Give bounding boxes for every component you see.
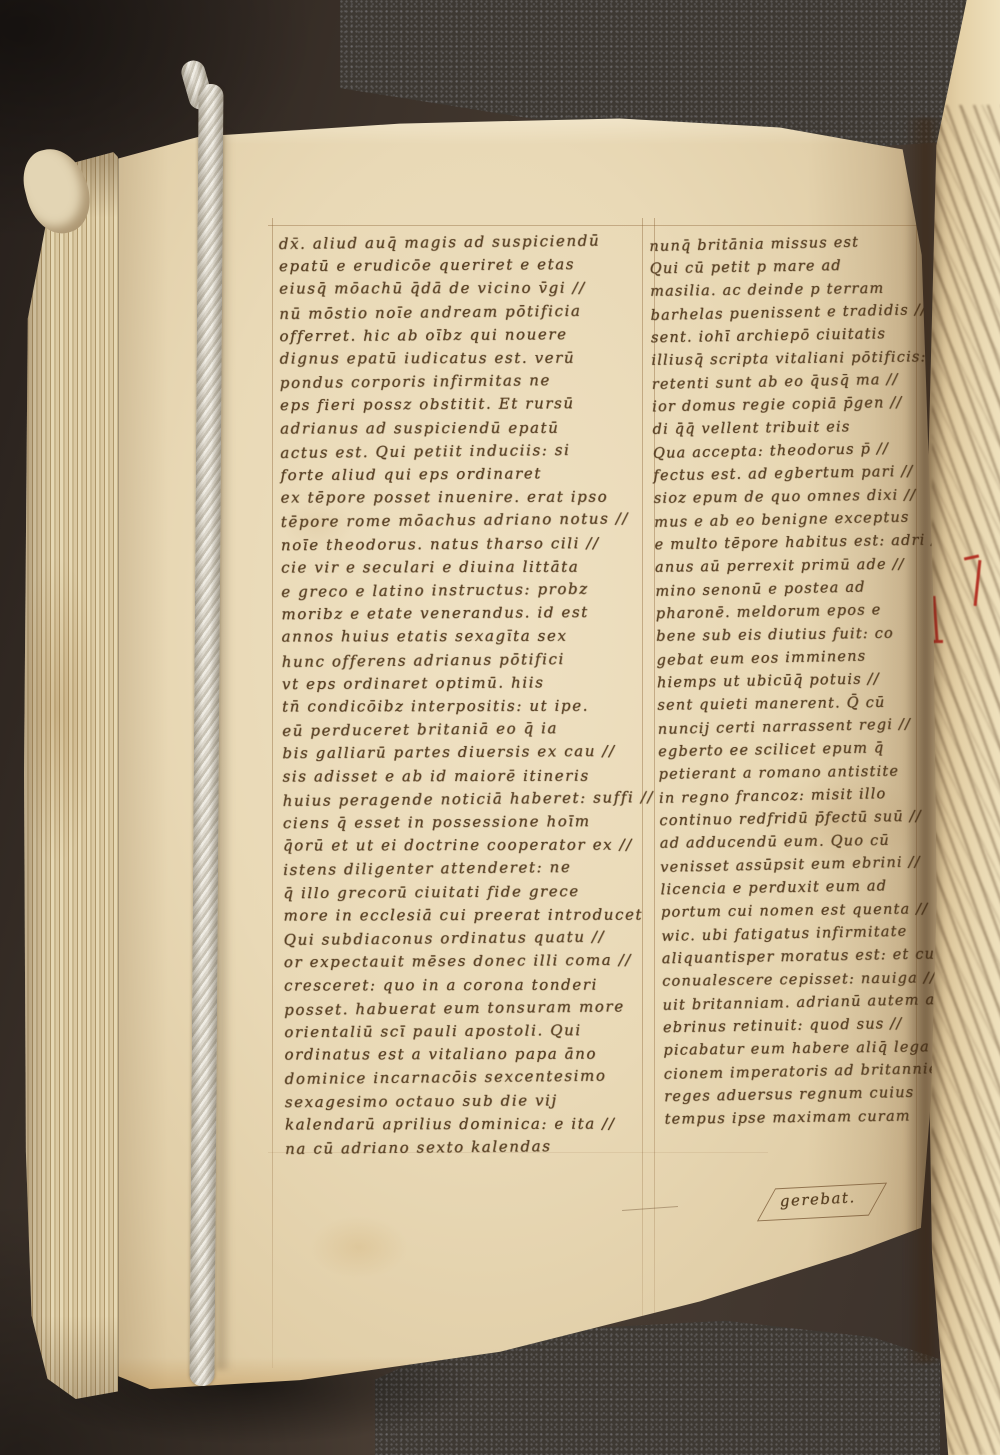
text-line: offerret. hic ab oībz qui nouere: [279, 323, 645, 349]
ruling-line-horizontal: [268, 225, 922, 226]
text-line: nū mōstio noīe andream pōtificia: [279, 299, 645, 326]
text-line: forte aliud qui eps ordinaret: [280, 462, 646, 488]
manuscript-page: dx̄. aliud auq̄ magis ad suspiciendūepat…: [110, 112, 940, 1402]
text-line: eū perduceret britaniā eo q̄ ia: [282, 716, 648, 743]
text-line: moribz e etate venerandus. id est: [281, 601, 647, 627]
ruling-line-vertical: [272, 218, 273, 1368]
text-line: bis galliarū partes diuersis ex cau //: [282, 740, 648, 766]
text-line: cresceret: quo in a corona tonderi: [284, 973, 650, 997]
text-line: adrianus ad suspiciendū epatū: [280, 416, 646, 440]
text-line: or expectauit mēses donec illi coma //: [284, 949, 650, 975]
text-line: pondus corporis infirmitas ne: [280, 368, 646, 395]
manuscript-photo: dx̄. aliud auq̄ magis ad suspiciendūepat…: [0, 0, 1000, 1455]
text-column-right: nunq̄ britānia missus estQui cū petit p …: [649, 231, 937, 1133]
text-line: sexagesimo octauo sub die vij: [285, 1088, 651, 1114]
text-line: actus est. Qui petiit induciis: si: [280, 438, 646, 465]
text-line: cie vir e seculari e diuina littāta: [281, 555, 647, 579]
text-line: epatū e erudicōe queriret e etas: [279, 253, 645, 279]
text-line: q̄orū et ut ei doctrine cooperator ex //: [283, 834, 649, 858]
catchword-box: gerebat.: [765, 1183, 879, 1221]
text-line: dominice incarnacōis sexcentesimo: [285, 1064, 651, 1091]
text-line: sis adisset e ab id maiorē itineris: [283, 764, 649, 788]
text-line: orientaliū scī pauli apostoli. Qui: [284, 1019, 650, 1045]
text-line: istens diligenter attenderet: ne: [283, 856, 649, 883]
text-line: eiusq̄ mōachū q̄dā de vicino v̄gi //: [279, 277, 645, 301]
text-line: posset. habuerat eum tonsuram more: [284, 995, 650, 1022]
text-line: ex tēpore posset inuenire. erat ipso: [281, 486, 647, 510]
text-line: Qui subdiaconus ordinatus quatu //: [284, 925, 650, 952]
text-line: hunc offerens adrianus pōtifici: [282, 647, 648, 674]
text-line: huius peragende noticiā haberet: suffi /…: [283, 786, 649, 813]
text-line: e greco e latino instructus: probz: [281, 577, 647, 604]
text-line: annos huius etatis sexagīta sex: [282, 625, 648, 649]
gutter-shadow: [905, 118, 945, 1363]
text-line: tēpore rome mōachus adriano notus //: [281, 508, 647, 535]
page-stack-shading: [24, 142, 118, 1404]
text-line: tn̄ condicōibz interpositis: ut ipe.: [282, 695, 648, 719]
text-line: ciens q̄ esset in possessione hoīm: [283, 810, 649, 836]
text-line: eps fieri possz obstitit. Et rursū: [280, 392, 646, 418]
text-line: noīe theodorus. natus tharso cili //: [281, 531, 647, 557]
text-column-left: dx̄. aliud auq̄ magis ad suspiciendūepat…: [279, 230, 651, 1161]
text-line: tempus ipse maximam curam: [664, 1105, 936, 1132]
text-line: ordinatus est a vitaliano papa āno: [284, 1043, 650, 1067]
text-line: dignus epatū iudicatus est. verū: [280, 347, 646, 371]
text-line: dx̄. aliud auq̄ magis ad suspiciendū: [279, 229, 645, 256]
text-line: q̄ illo grecorū ciuitati fide grece: [283, 879, 649, 905]
text-line: na cū adriano sexto kalendas: [285, 1134, 651, 1161]
text-line: kalendarū aprilius dominica: e ita //: [285, 1112, 651, 1136]
text-line: more in ecclesiā cui preerat introducet: [284, 903, 650, 927]
fore-edge-page-stack: [24, 142, 118, 1404]
text-line: vt eps ordinaret optimū. hiis: [282, 671, 648, 697]
